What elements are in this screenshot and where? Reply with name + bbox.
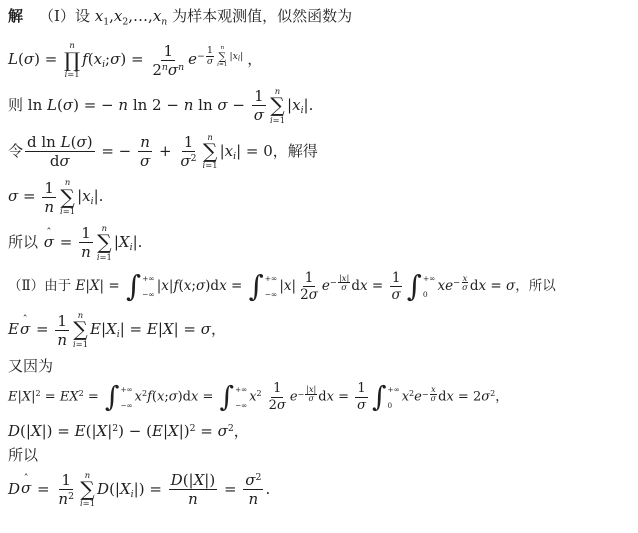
integral-limits: +∞−∞ <box>141 273 155 301</box>
fraction-denominator: 2σ <box>267 398 288 414</box>
operator-lower-limit: i=1 <box>60 207 75 216</box>
math-text: L <box>61 133 71 151</box>
fraction-denominator: σ <box>340 283 348 292</box>
math-text: E <box>60 390 70 405</box>
math-text: = <box>196 422 218 440</box>
math-text: n <box>184 96 194 114</box>
math-text: σ <box>392 287 401 303</box>
math-text: d <box>351 278 360 294</box>
integral-limits: +∞0 <box>387 384 400 411</box>
math-text: E <box>152 422 163 440</box>
math-text: σ <box>24 50 34 68</box>
math-text: = <box>198 390 217 405</box>
math-text: σ <box>207 56 213 67</box>
operator-lower-limit: i=1 <box>217 62 227 68</box>
estimator-expectation: Eˆσ = 1nn∑i=1E|Xi| = E|X| = σ， <box>8 311 632 349</box>
math-text: E <box>147 320 158 338</box>
integral-symbol: ∫ <box>372 384 387 411</box>
math-text: |. <box>94 187 104 205</box>
integral-lower-limit: −∞ <box>265 291 278 299</box>
math-text: σ <box>506 278 515 294</box>
page: { "page": {"background": "#ffffff", "tex… <box>0 0 638 533</box>
math-sum-operator: n∑i=1 <box>203 133 218 171</box>
math-text: σ <box>218 422 228 440</box>
math-fraction: 1σ2 <box>178 133 198 170</box>
math-text: 1 <box>357 381 365 396</box>
math-sum-operator: n∑i=1 <box>217 45 227 68</box>
math-text: x <box>478 278 486 294</box>
connective-again: 又因为 <box>8 357 632 377</box>
math-text: | = <box>120 320 147 338</box>
math-text: X <box>168 422 179 440</box>
fraction-denominator: σ <box>390 287 403 303</box>
math-text: x <box>284 278 292 294</box>
sigma-hat: ˆσ <box>44 233 54 253</box>
fraction-numerator: 1 <box>252 87 266 106</box>
operator-lower-limit: i=1 <box>97 253 112 262</box>
fraction-denominator: n <box>79 243 93 261</box>
math-text: e <box>445 278 453 294</box>
math-text: 所以 <box>8 446 38 464</box>
math-text: =1 <box>100 252 112 262</box>
math-text: − <box>330 277 337 287</box>
math-text: 2 <box>256 472 262 483</box>
math-text: | = <box>100 278 124 294</box>
math-text: 1 <box>81 224 91 242</box>
math-text: σ <box>309 287 318 303</box>
math-fraction: xσ <box>430 386 438 404</box>
math-text: ) = <box>34 50 62 68</box>
math-superscript: −1σn∑i=1|xi| <box>197 51 243 62</box>
math-text: x <box>249 390 256 405</box>
integral-symbol: ∫ <box>126 273 141 301</box>
math-text: X <box>69 390 78 405</box>
fraction-denominator: σ <box>461 283 469 292</box>
math-text: ， <box>234 422 249 440</box>
math-text: σ <box>180 152 190 170</box>
math-integral: ∫+∞−∞ <box>105 384 133 411</box>
math-text: x <box>402 390 409 405</box>
fraction-denominator: n <box>247 490 261 508</box>
math-text: 1 <box>184 133 194 151</box>
operator-symbol: ∑ <box>270 96 284 115</box>
fraction-denominator: 2σ <box>298 287 320 303</box>
integral-upper-limit: +∞ <box>423 275 436 283</box>
math-text: D <box>8 422 20 440</box>
math-text: X <box>106 320 117 338</box>
math-text: σ <box>217 96 227 114</box>
integral-upper-limit: +∞ <box>388 386 400 393</box>
math-text: |) = <box>134 479 167 497</box>
math-text: σ <box>431 394 437 403</box>
math-text: x <box>327 390 334 405</box>
math-text: E <box>75 278 85 294</box>
integral-limits: +∞−∞ <box>264 273 278 301</box>
integral-limits: +∞−∞ <box>234 384 247 411</box>
math-text: = <box>368 278 388 294</box>
math-text: x <box>225 142 233 160</box>
math-text: − <box>197 51 205 62</box>
math-text: σ <box>341 282 347 292</box>
integral-upper-limit: +∞ <box>142 275 155 283</box>
math-text: x <box>292 96 300 114</box>
integral-lower-limit: −∞ <box>235 402 247 409</box>
math-text: x <box>161 278 169 294</box>
math-text: )d <box>178 390 191 405</box>
math-text: − <box>453 277 460 287</box>
math-text: e <box>188 50 197 68</box>
math-text: 1 <box>392 270 401 286</box>
math-text: σ <box>169 390 178 405</box>
fraction-denominator: n <box>186 490 200 508</box>
math-text: σ <box>309 394 315 403</box>
math-text: 1 <box>57 312 67 330</box>
operator-symbol: ∑ <box>80 480 94 499</box>
fraction-numerator: 1 <box>303 270 316 287</box>
fraction-numerator: 1 <box>55 312 69 331</box>
integral-lower-limit: 0 <box>388 402 400 409</box>
math-text: 为样本观测值，似然函数为 <box>167 7 352 25</box>
math-text: ) = − <box>73 96 118 114</box>
math-text: x <box>437 278 445 294</box>
solution-header-part1: 解（Ⅰ）设 x1,x2,…,xn 为样本观测值，似然函数为 <box>8 7 632 28</box>
math-text: n <box>118 96 128 114</box>
math-text: E <box>8 390 18 405</box>
math-text: σ <box>76 133 86 151</box>
math-text: (| <box>20 422 31 440</box>
fraction-denominator: n <box>55 331 69 349</box>
math-text: = 2 <box>454 390 481 405</box>
math-text: + <box>154 142 176 160</box>
fraction-numerator: 1 <box>59 471 73 490</box>
math-text: E <box>90 320 101 338</box>
math-text: σ <box>8 187 18 205</box>
math-superscript: 2 <box>257 390 262 399</box>
math-text: = <box>31 320 53 338</box>
math-text: ) − ( <box>118 422 152 440</box>
operator-symbol: ∑ <box>97 233 111 252</box>
math-superscript: −xσ <box>422 390 438 399</box>
math-text: X <box>90 278 100 294</box>
math-text: ) = <box>120 50 148 68</box>
math-text: (| <box>183 471 194 489</box>
math-text: ，所以 <box>515 278 556 294</box>
math-sum-operator: n∑i=1 <box>73 311 88 349</box>
math-text: =1 <box>76 339 88 349</box>
mle-estimator: 所以 ˆσ = 1nn∑i=1|Xi|. <box>8 224 632 262</box>
math-text: =1 <box>63 206 75 216</box>
math-text: n <box>140 133 150 151</box>
math-text: x <box>219 278 227 294</box>
math-text: = <box>84 390 103 405</box>
math-fraction: D(|X|)n <box>169 471 218 508</box>
math-integral: ∫+∞−∞ <box>220 384 248 411</box>
fraction-denominator: dσ <box>48 152 72 170</box>
math-fraction: 1n2 <box>56 471 76 508</box>
math-text: 1 <box>207 45 213 56</box>
integral-symbol: ∫ <box>105 384 120 411</box>
math-text: )d <box>205 278 219 294</box>
operator-lower-limit: i=1 <box>73 340 88 349</box>
integral-upper-limit: +∞ <box>265 275 278 283</box>
math-text: | = 0，解得 <box>236 142 318 160</box>
fraction-numerator: D(|X|) <box>169 471 218 490</box>
math-text: | <box>314 385 317 394</box>
operator-lower-limit: i=1 <box>203 161 218 170</box>
log-likelihood: 则 ln L(σ) = − n ln 2 − n ln σ − 1σn∑i=1|… <box>8 87 632 125</box>
math-text: σ <box>254 106 264 124</box>
fraction-denominator: σ <box>252 106 266 124</box>
part2-expectation: （Ⅱ）由于 E|X| = ∫+∞−∞|x|f(x;σ)dx = ∫+∞−∞|x|… <box>8 270 632 303</box>
math-text: （Ⅱ）由于 <box>8 278 75 294</box>
math-text: 1 <box>254 87 264 105</box>
integral-symbol: ∫ <box>220 384 235 411</box>
math-fraction: 1n <box>42 179 56 216</box>
math-sum-operator: n∑i=1 <box>60 178 75 216</box>
math-text: σ <box>481 390 490 405</box>
math-text: |) <box>204 471 215 489</box>
math-text: x <box>463 273 468 283</box>
math-text: X <box>97 422 108 440</box>
math-text: σ <box>59 152 69 170</box>
operator-symbol: ∑ <box>219 52 227 62</box>
math-text: 2 <box>68 491 74 502</box>
sigma-hat: ˆσ <box>21 479 31 499</box>
math-fraction: xσ <box>461 274 469 293</box>
math-text: 所以 <box>8 233 43 251</box>
math-text: σ <box>63 96 73 114</box>
math-text: e <box>414 390 422 405</box>
math-text: |) <box>179 422 190 440</box>
integral-symbol: ∫ <box>407 273 422 301</box>
fraction-denominator: σ <box>206 57 214 67</box>
math-text: n <box>81 243 91 261</box>
math-text: （Ⅰ）设 <box>39 7 95 25</box>
fraction-denominator: n <box>42 198 56 216</box>
math-text: = <box>486 278 506 294</box>
integral-lower-limit: 0 <box>423 291 436 299</box>
fraction-numerator: 1 <box>182 133 196 152</box>
math-text: = <box>32 479 54 497</box>
integral-symbol: ∫ <box>249 273 264 301</box>
fraction-denominator: σ <box>308 395 316 403</box>
operator-symbol: ∑ <box>73 320 87 339</box>
math-text: ln 2 − <box>128 96 184 114</box>
math-text: D <box>97 479 109 497</box>
math-fraction: 1σ <box>252 87 266 124</box>
estimator-variance: Dˆσ = 1n2n∑i=1D(|Xi|) = D(|X|)n = σ2n. <box>8 471 632 509</box>
math-text: 1 <box>44 179 54 197</box>
math-fraction: 1σ <box>390 270 403 303</box>
math-text: x <box>360 278 368 294</box>
math-text: = <box>55 233 77 251</box>
fraction-numerator: 1 <box>271 381 283 398</box>
fraction-numerator: n <box>138 133 152 152</box>
math-superscript: −|x|σ <box>330 277 351 287</box>
math-text: =1 <box>273 115 285 125</box>
operator-symbol: ∑ <box>203 142 217 161</box>
math-text: =1 <box>67 69 79 79</box>
hat-accent-icon: ˆ <box>24 474 29 485</box>
math-fraction: |x|σ <box>338 274 350 293</box>
sigma-hat: ˆσ <box>20 320 30 340</box>
fraction-numerator: 1 <box>161 42 175 61</box>
math-text: e <box>290 390 298 405</box>
math-text: n <box>178 62 184 73</box>
fraction-denominator: 2nσn <box>150 61 186 79</box>
hat-accent-icon: ˆ <box>46 228 51 239</box>
math-text: n <box>44 198 54 216</box>
fraction-denominator: σ2 <box>178 152 198 170</box>
math-text: 又因为 <box>8 357 53 375</box>
math-fraction: 1σ <box>206 46 214 67</box>
integral-upper-limit: +∞ <box>235 386 247 393</box>
math-fraction: |x|σ <box>305 386 317 404</box>
fraction-numerator: 1 <box>355 381 367 398</box>
math-text: n <box>57 331 67 349</box>
integral-limits: +∞0 <box>422 273 436 301</box>
fraction-denominator: σ <box>138 152 152 170</box>
fraction-numerator: σ2 <box>243 471 263 490</box>
math-text: σ <box>277 398 286 413</box>
math-text: 2 <box>300 287 309 303</box>
math-fraction: 1σ <box>355 381 368 413</box>
fraction-numerator: 1 <box>390 270 403 287</box>
math-text: 解 <box>8 7 23 25</box>
math-text: =1 <box>219 62 227 68</box>
math-text: 则 ln <box>8 96 47 114</box>
math-text: 令 <box>8 142 23 160</box>
math-text: X <box>119 233 130 251</box>
math-text: | = <box>174 320 201 338</box>
connective-therefore: 所以 <box>8 446 632 466</box>
math-superscript: 2 <box>68 491 74 502</box>
math-text: . <box>265 479 270 497</box>
math-fraction: 1n <box>55 312 69 349</box>
math-text: σ <box>245 471 255 489</box>
math-text: (| <box>86 422 97 440</box>
math-text: ， <box>247 50 262 68</box>
math-text: ln <box>193 96 217 114</box>
math-text: 1 <box>163 42 173 60</box>
math-text: ) <box>87 133 93 151</box>
fraction-numerator: d ln L(σ) <box>25 133 95 152</box>
math-text: σ <box>196 278 205 294</box>
math-superscript: −|x|σ <box>298 390 319 399</box>
math-text: σ <box>110 50 120 68</box>
math-text: |. <box>304 96 314 114</box>
math-text: x <box>95 7 103 25</box>
math-text: D <box>8 479 20 497</box>
math-text: d <box>318 390 326 405</box>
math-fraction: 12nσn <box>150 42 186 79</box>
math-text: 2 <box>269 398 277 413</box>
math-text: = <box>334 390 353 405</box>
math-text: x <box>446 390 453 405</box>
math-text: | <box>292 278 297 294</box>
math-text: = <box>219 479 241 497</box>
math-text: X <box>163 320 174 338</box>
fraction-denominator: σ <box>355 398 368 414</box>
fraction-denominator: n2 <box>56 490 76 508</box>
integral-upper-limit: +∞ <box>120 386 132 393</box>
hat-accent-icon: ˆ <box>22 315 27 326</box>
second-moment: E|X|2 = EX2 = ∫+∞−∞x2f(x;σ)dx = ∫+∞−∞x21… <box>8 381 632 413</box>
fraction-denominator: σ <box>430 395 438 403</box>
document-body: 解（Ⅰ）设 x1,x2,…,xn 为样本观测值，似然函数为L(σ) = n∏i=… <box>0 0 638 508</box>
math-product-operator: n∏i=1 <box>64 41 80 79</box>
math-fraction: 1n <box>79 224 93 261</box>
math-integral: ∫+∞−∞ <box>249 273 278 301</box>
fraction-numerator: 1 <box>42 179 56 198</box>
math-text: n <box>58 490 68 508</box>
math-fraction: σ2n <box>243 471 263 508</box>
math-text: σ <box>462 282 468 292</box>
math-text: X <box>22 390 31 405</box>
math-text: − <box>298 390 305 399</box>
math-text: 2 <box>152 61 162 79</box>
math-text: x <box>94 50 102 68</box>
math-text: L <box>8 50 18 68</box>
integral-lower-limit: −∞ <box>120 402 132 409</box>
math-integral: ∫+∞−∞ <box>126 273 155 301</box>
derivative-equation: 令d ln L(σ)dσ = − nσ + 1σ2n∑i=1|xi| = 0，解… <box>8 133 632 171</box>
math-text: − <box>422 390 429 399</box>
math-text: σ <box>357 398 366 413</box>
math-text: |) = <box>42 422 75 440</box>
math-text: x <box>82 187 90 205</box>
math-text: E <box>75 422 86 440</box>
math-text: x <box>431 385 436 394</box>
math-text: 1 <box>305 270 314 286</box>
math-text: E <box>8 320 19 338</box>
math-text: X <box>194 471 205 489</box>
math-text: ， <box>495 390 508 405</box>
operator-lower-limit: i=1 <box>270 116 285 125</box>
math-text: (| <box>109 479 120 497</box>
operator-symbol: ∏ <box>64 51 80 70</box>
math-text: σ <box>140 152 150 170</box>
math-sum-operator: n∑i=1 <box>270 87 285 125</box>
math-sum-operator: n∑i=1 <box>80 471 95 509</box>
math-integral: ∫+∞0 <box>407 273 436 301</box>
operator-lower-limit: i=1 <box>80 499 95 508</box>
math-text: 1 <box>61 471 71 489</box>
math-text: |. <box>133 233 143 251</box>
math-text: d ln <box>27 133 61 151</box>
math-text: X <box>120 479 131 497</box>
math-superscript: n <box>178 62 184 73</box>
math-text: e <box>322 278 330 294</box>
math-superscript: −xσ <box>453 277 470 287</box>
math-text: L <box>47 96 57 114</box>
math-text: 2 <box>257 390 262 399</box>
math-text: = <box>41 390 60 405</box>
operator-lower-limit: i=1 <box>65 70 80 79</box>
math-sum-operator: n∑i=1 <box>97 224 112 262</box>
sigma-solution: σ = 1nn∑i=1|xi|. <box>8 178 632 216</box>
math-fraction: d ln L(σ)dσ <box>25 133 95 170</box>
math-text: X <box>31 422 42 440</box>
math-fraction: 12σ <box>298 270 320 303</box>
math-text: =1 <box>83 498 95 508</box>
integral-limits: +∞−∞ <box>119 384 132 411</box>
math-fraction: nσ <box>138 133 152 170</box>
likelihood-function: L(σ) = n∏i=1f(xi;σ) = 12nσne−1σn∑i=1|xi|… <box>8 41 632 79</box>
math-fraction: 12σ <box>267 381 288 413</box>
math-text: = <box>18 187 40 205</box>
math-text: σ <box>168 61 178 79</box>
